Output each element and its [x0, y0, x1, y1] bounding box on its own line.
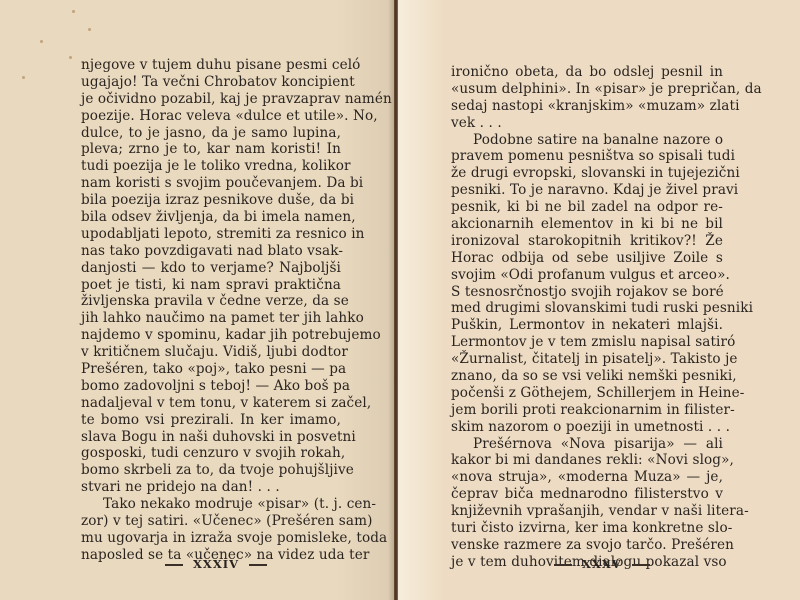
text-line: danjosti — kdo to verjame? Najboljši — [81, 260, 341, 277]
paragraph-start-line: Tako nekako modruje «pisar» (t. j. cen- — [81, 496, 341, 513]
text-line: mu ugovarja in izraža svoje pomisleke, t… — [81, 530, 341, 547]
text-line: dulce, to je jasno, da je samo lupina, — [81, 125, 341, 142]
book-spine-gutter — [394, 0, 398, 600]
text-line: zor) v tej satiri. «Učenec» (Prešéren sa… — [81, 513, 341, 530]
folio-number: XXXV — [582, 557, 622, 571]
text-line: življenska pravila v čedne verze, da se — [81, 293, 341, 310]
text-line: znano, da so se vsi veliki nemški pesnik… — [451, 368, 723, 385]
text-line: slava Bogu in naši duhovski in posvetni — [81, 429, 341, 446]
paper-speck — [40, 40, 43, 43]
text-line: turi čisto izvirna, ker ima konkretne sl… — [451, 520, 723, 537]
text-line: bila poezija izraz pesnikove duše, da bi — [81, 192, 341, 209]
text-line: «Žurnalist, čitatelj in pisatelj». Takis… — [451, 351, 723, 368]
folio-dash — [554, 564, 572, 565]
text-line: «usum delphini». In «pisar» je prepričan… — [451, 81, 723, 98]
text-line: stvari ne pridejo na dan! . . . — [81, 479, 341, 496]
text-line: Puškin, Lermontov in nekateri mlajši. — [451, 317, 723, 334]
text-line: bomo zadovoljni s teboj! — Ako boš pa — [81, 378, 341, 395]
folio-dash — [632, 564, 650, 565]
text-line: najdemo v spominu, kadar jih potrebujemo — [81, 327, 341, 344]
text-line: skim nazorom o poeziji in umetnosti . . … — [451, 419, 723, 436]
text-line: ironizoval starokopitnih kritikov?! Že — [451, 233, 723, 250]
text-line: je očividno pozabil, kaj je pravzaprav n… — [81, 91, 341, 108]
text-line: pesnik, ki bi ne bil zadel na odpor re- — [451, 199, 723, 216]
page-number-left: XXXIV — [155, 557, 277, 571]
text-line: gosposki, tudi cenzuro v svojih rokah, — [81, 445, 341, 462]
text-line: pesniki. To je naravno. Kdaj je živel pr… — [451, 182, 723, 199]
text-line: pleva; zrno je to, kar nam koristi! In — [81, 141, 341, 158]
paper-speck — [69, 56, 72, 59]
text-line: S tesnosrčnostjo svojih rojakov se boré — [451, 284, 723, 301]
text-line: pravem pomenu pesništva so spisali tudi — [451, 148, 723, 165]
text-line: svojim «Odi profanum vulgus et arceo». — [451, 267, 723, 284]
text-line: nas tako povzdigavati nad blato vsak- — [81, 243, 341, 260]
text-line: te bomo vsi prezirali. In ker imamo, — [81, 412, 341, 429]
text-line: «nova struja», «moderna Muza» — je, — [451, 469, 723, 486]
right-page-text: ironično obeta, da bo odslej pesnil in «… — [451, 64, 723, 571]
text-line: nadaljeval v tem tonu, v katerem si zače… — [81, 395, 341, 412]
paragraph-start-line: Prešérnova «Nova pisarija» — ali — [451, 436, 723, 453]
text-line: Horac odbija od sebe usiljive Zoile s — [451, 250, 723, 267]
text-line: v kritičnem slučaju. Vidiš, ljubi dodtor — [81, 344, 341, 361]
text-line: upodabljati lepoto, stremiti za resnico … — [81, 226, 341, 243]
text-line: bila odsev življenja, da bi imela namen, — [81, 209, 341, 226]
right-page: ironično obeta, da bo odslej pesnil in «… — [396, 0, 800, 600]
text-line: poezije. Horac veleva «dulce et utile». … — [81, 108, 341, 125]
text-line: med drugimi slovanskimi tudi ruski pesni… — [451, 300, 723, 317]
text-line: počenši z Göthejem, Schillerjem in Heine… — [451, 385, 723, 402]
text-line: nam koristi s svojim poučevanjem. Da bi — [81, 175, 341, 192]
text-line: vek . . . — [451, 115, 723, 132]
text-line: književnih vprašanjih, vendar v naši lit… — [451, 503, 723, 520]
folio-dash — [165, 564, 183, 565]
left-page-text: njegove v tujem duhu pisane pesmi celó u… — [81, 57, 341, 564]
text-line: jem borili proti reakcionarnim in filist… — [451, 402, 723, 419]
text-line: tudi poezija je le toliko vredna, koliko… — [81, 158, 341, 175]
text-line: ugajajo! Ta večni Chrobatov koncipient — [81, 74, 341, 91]
folio-dash — [249, 564, 267, 565]
page-number-right: XXXV — [544, 557, 660, 571]
paper-speck — [22, 76, 25, 79]
text-line: njegove v tujem duhu pisane pesmi celó — [81, 57, 341, 74]
text-line: bomo skrbeli za to, da tvoje pohujšljive — [81, 462, 341, 479]
text-line: jih lahko naučimo na pamet ter jih lahko — [81, 310, 341, 327]
paper-speck — [88, 28, 91, 31]
paragraph-start-line: Podobne satire na banalne nazore o — [451, 132, 723, 149]
text-line: venske razmere za svojo tarčo. Prešéren — [451, 537, 723, 554]
text-line: poet je tisti, ki nam spravi praktična — [81, 277, 341, 294]
text-line: ironično obeta, da bo odslej pesnil in — [451, 64, 723, 81]
text-line: akcionarnih elementov in ki bi ne bil — [451, 216, 723, 233]
text-line: Prešéren, tako «poj», tako pesni — pa — [81, 361, 341, 378]
book-spread: njegove v tujem duhu pisane pesmi celó u… — [0, 0, 800, 600]
left-page: njegove v tujem duhu pisane pesmi celó u… — [0, 0, 396, 600]
text-line: čeprav biča mednarodno filisterstvo v — [451, 486, 723, 503]
paper-speck — [72, 10, 75, 13]
text-line: kakor bi mi dandanes rekli: «Novi slog», — [451, 452, 723, 469]
text-line: Lermontov je v tem zmislu napisal satiró — [451, 334, 723, 351]
text-line: že drugi evropski, slovanski in tujejezi… — [451, 165, 723, 182]
folio-number: XXXIV — [193, 557, 239, 571]
text-line: sedaj nastopi «kranjskim» «muzam» zlati — [451, 98, 723, 115]
